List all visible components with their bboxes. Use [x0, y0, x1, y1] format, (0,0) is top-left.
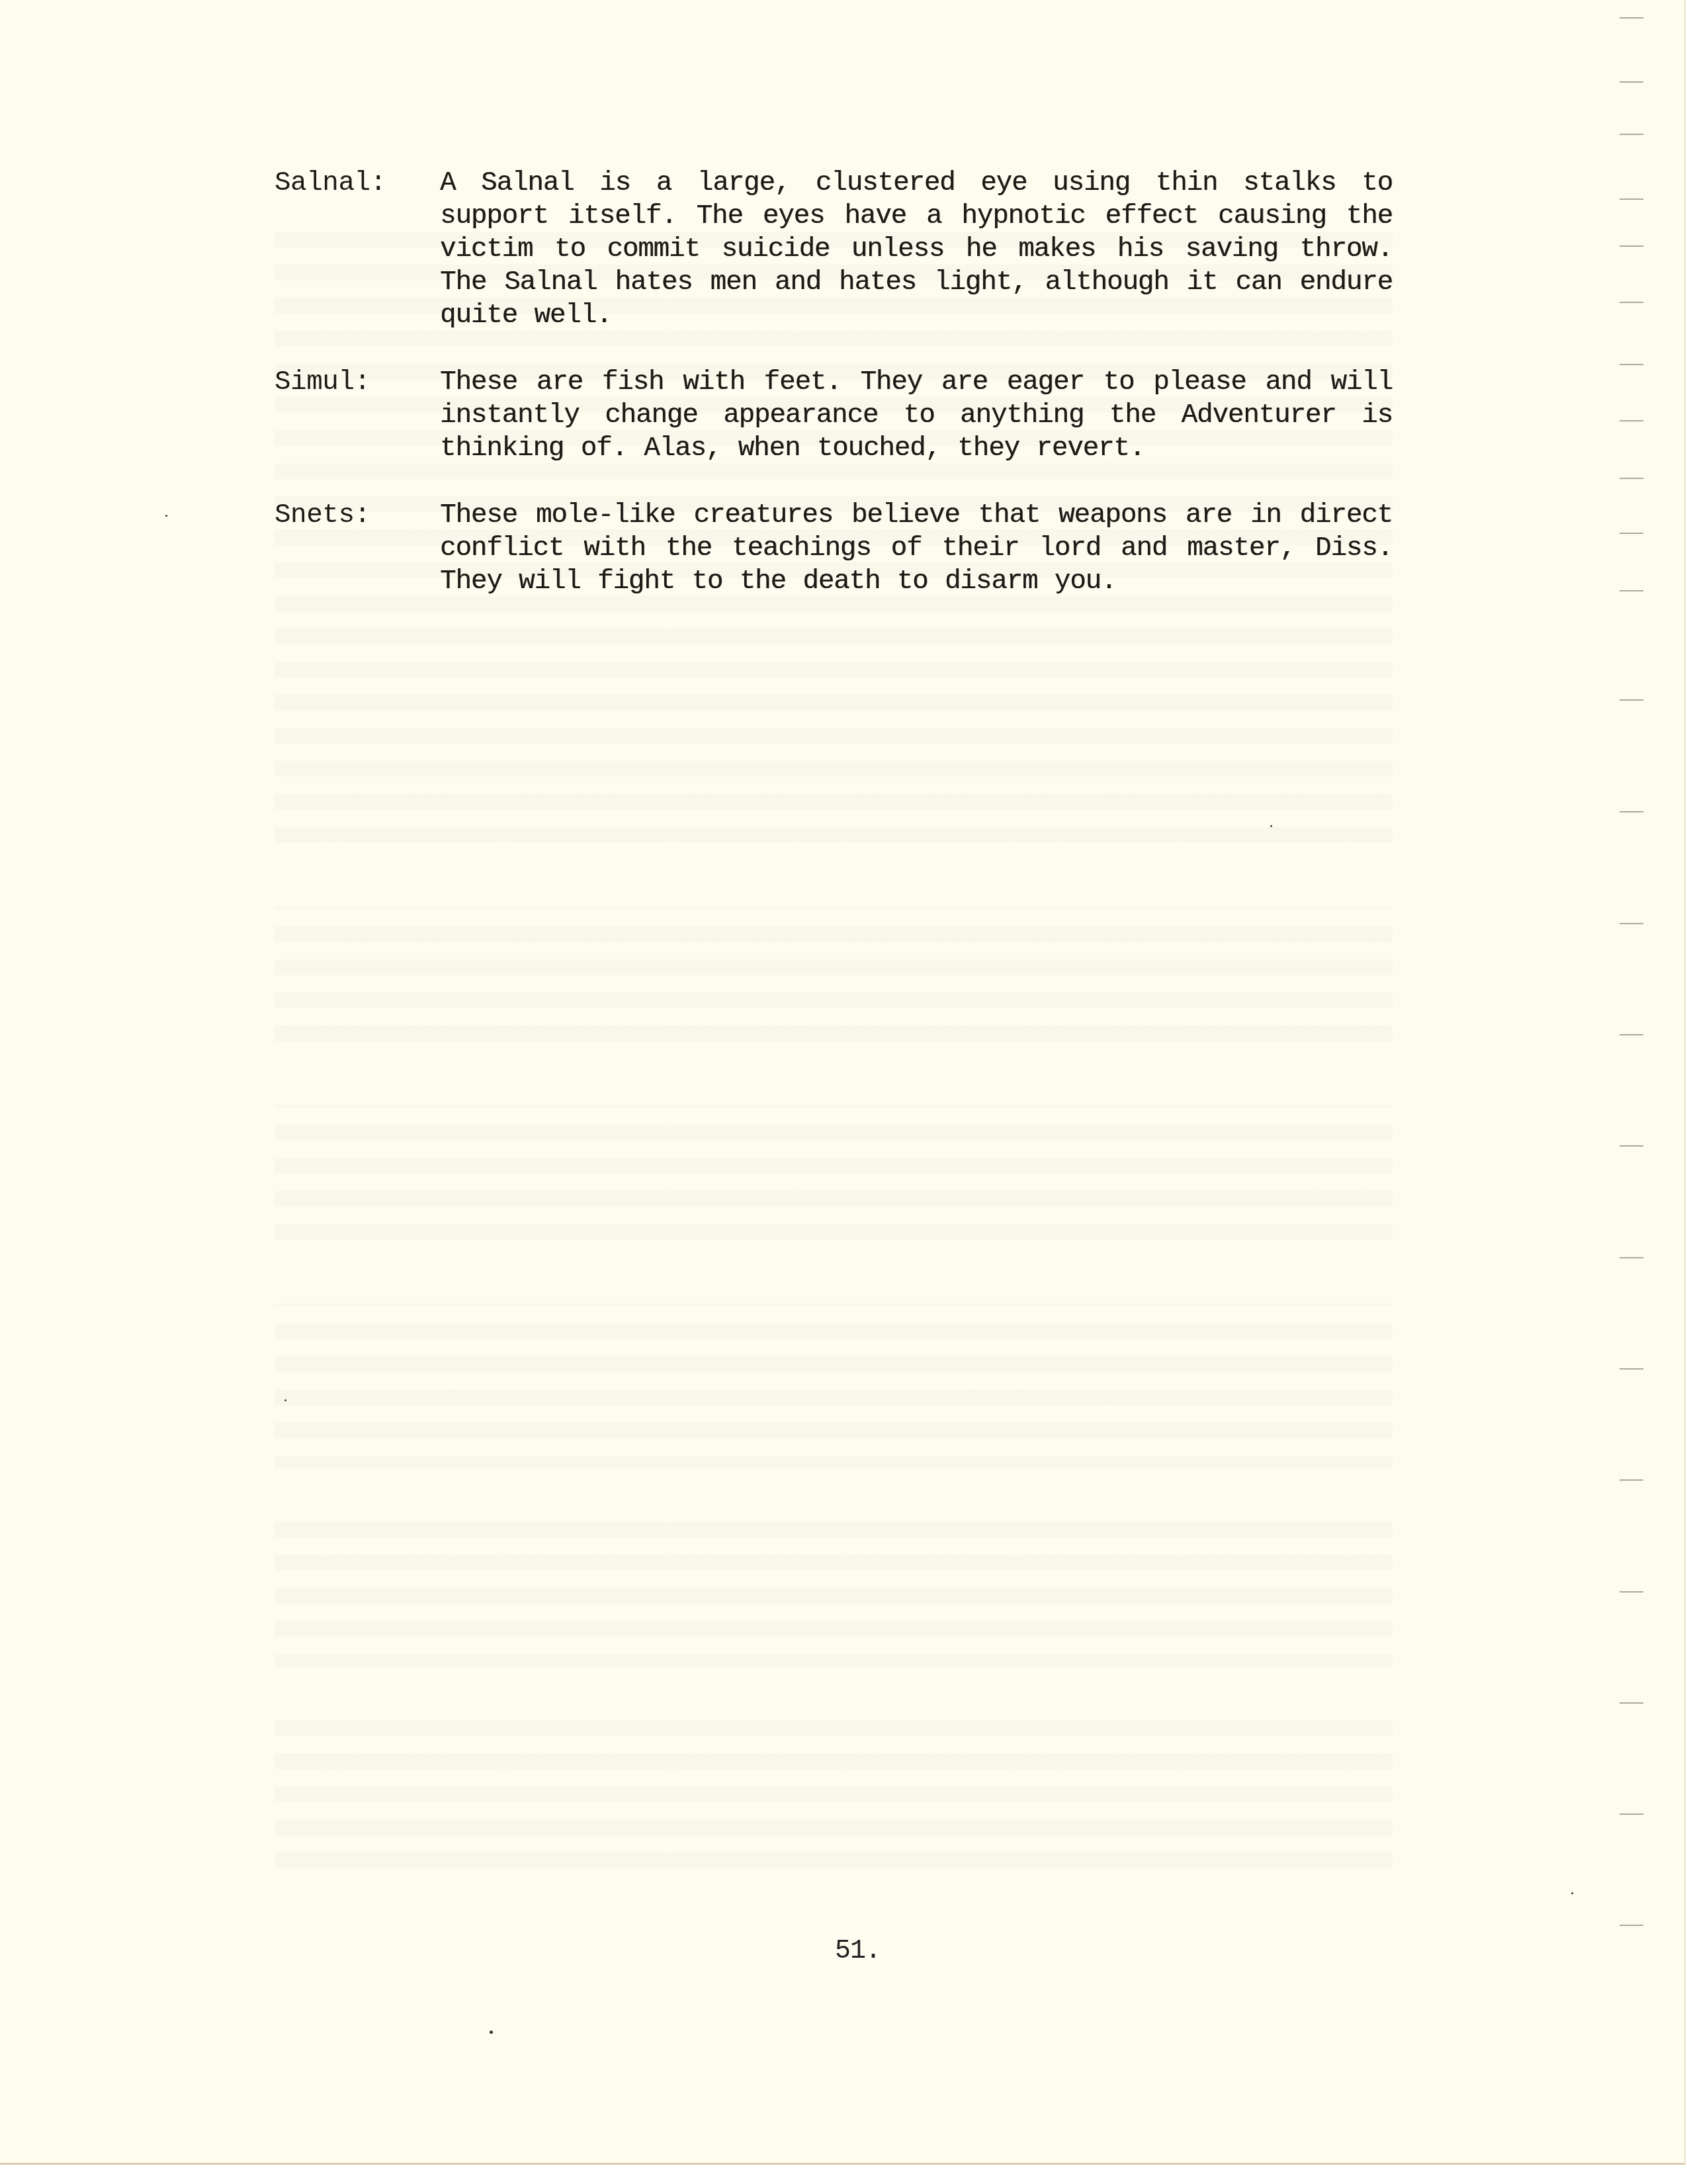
margin-tick: [1620, 17, 1643, 19]
margin-tick: [1620, 699, 1643, 701]
margin-tick: [1620, 1479, 1643, 1481]
page-number: 51.: [835, 1937, 881, 1966]
scan-speck: [1571, 1892, 1573, 1894]
margin-tick: [1620, 590, 1643, 591]
glossary-entry-simul: Simul: These are fish with feet. They ar…: [275, 366, 1393, 465]
show-through-gap: [265, 1059, 1403, 1105]
show-through-gap: [265, 1257, 1403, 1303]
glossary-entry-salnal: Salnal: A Salnal is a large, clustered e…: [275, 167, 1393, 332]
glossary: Salnal: A Salnal is a large, clustered e…: [275, 167, 1393, 632]
margin-tick: [1620, 364, 1643, 365]
entry-term: Simul:: [275, 366, 440, 465]
margin-tick: [1620, 420, 1643, 421]
margin-tick: [1620, 198, 1643, 200]
margin-tick: [1620, 1257, 1643, 1258]
show-through-gap: [265, 860, 1403, 906]
margin-tick: [1620, 245, 1643, 247]
document-page: Salnal: A Salnal is a large, clustered e…: [0, 0, 1686, 2165]
margin-tick: [1620, 134, 1643, 135]
margin-tick: [1620, 1368, 1643, 1370]
margin-tick: [1620, 1591, 1643, 1593]
show-through-gap: [265, 1469, 1403, 1515]
margin-tick: [1620, 1702, 1643, 1704]
glossary-entry-snets: Snets: These mole-like creatures believe…: [275, 499, 1393, 598]
margin-tick: [1620, 1813, 1643, 1815]
margin-tick: [1620, 1145, 1643, 1147]
margin-tick: [1620, 533, 1643, 534]
scan-speck: [165, 515, 167, 517]
entry-definition: These mole-like creatures believe that w…: [440, 499, 1393, 598]
entry-term: Salnal:: [275, 167, 440, 332]
show-through-gap: [265, 1667, 1403, 1714]
entry-definition: These are fish with feet. They are eager…: [440, 366, 1393, 465]
margin-tick: [1620, 302, 1643, 303]
scan-speck: [284, 1399, 286, 1401]
margin-tick: [1620, 811, 1643, 812]
entry-term: Snets:: [275, 499, 440, 598]
scan-speck: [1270, 825, 1272, 827]
margin-tick: [1620, 923, 1643, 924]
margin-tick: [1620, 1925, 1643, 1926]
scan-speck: [490, 2031, 493, 2034]
margin-tick: [1620, 81, 1643, 83]
margin-tick: [1620, 1034, 1643, 1035]
margin-tick: [1620, 478, 1643, 479]
margin-tick-marks: [1620, 0, 1643, 2165]
entry-definition: A Salnal is a large, clustered eye using…: [440, 167, 1393, 332]
